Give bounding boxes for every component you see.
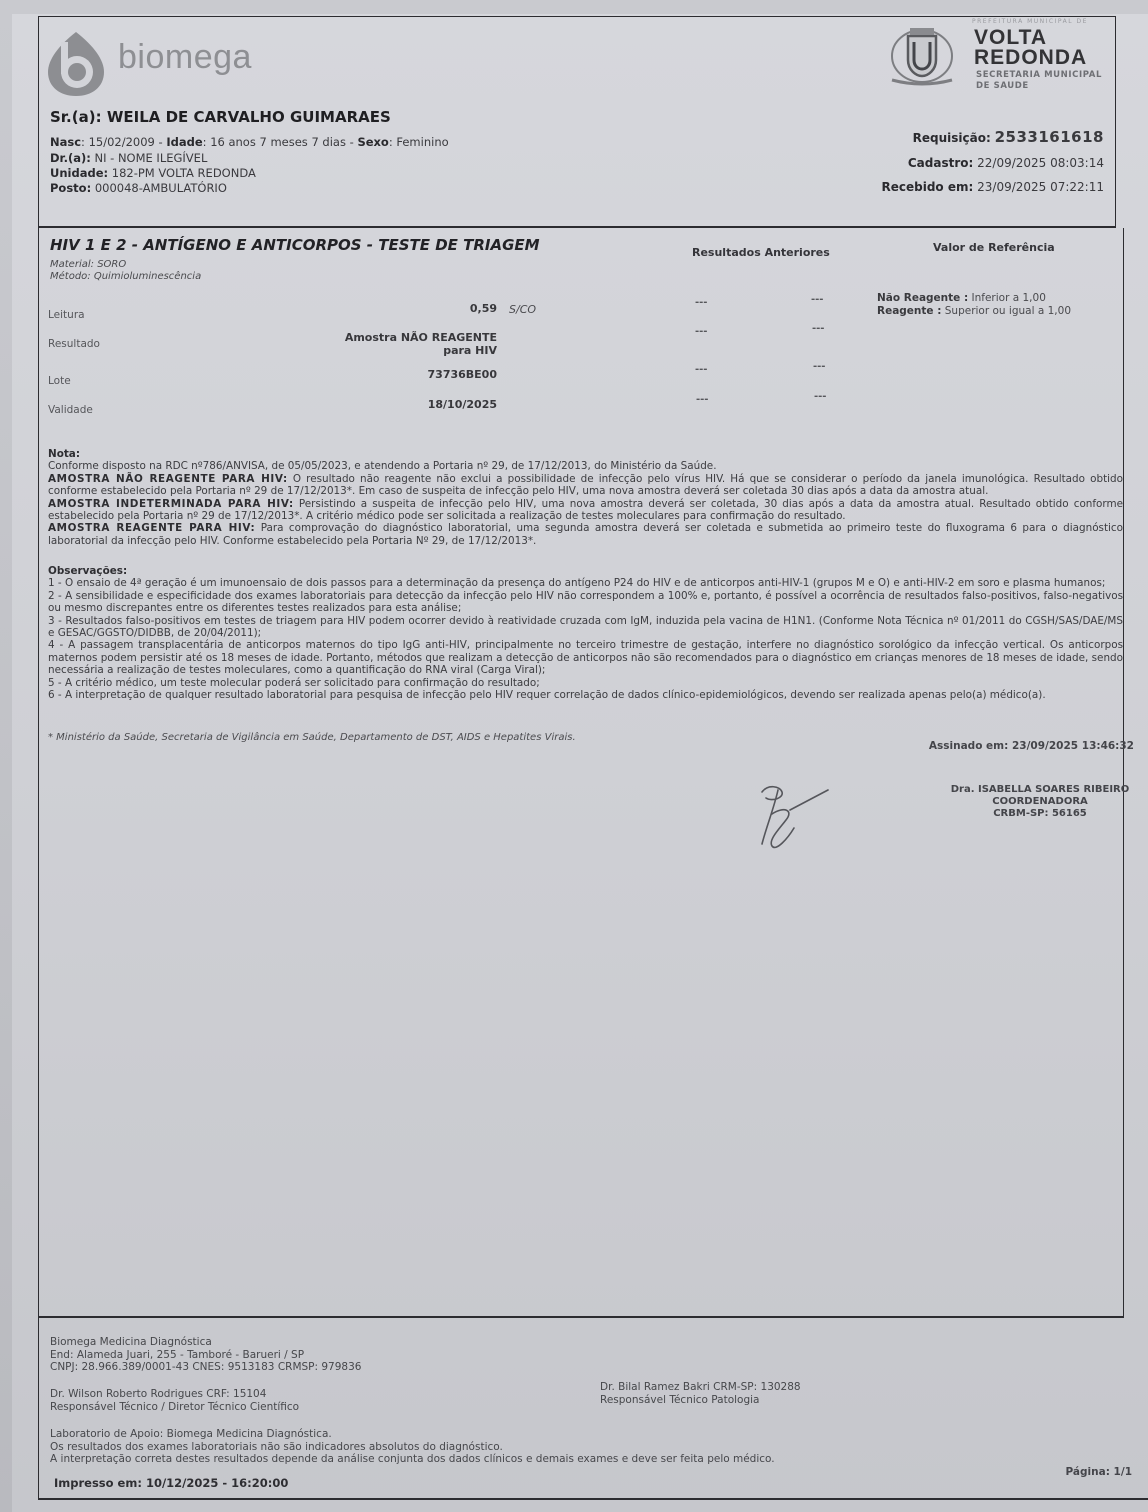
reading-value: 0,59 [470,302,497,315]
disclaimer-1: Os resultados dos exames laboratoriais n… [50,1441,775,1454]
received-label: Recebido em: [882,180,974,194]
signed-label: Assinado em: [929,740,1008,752]
result-value: Amostra NÃO REAGENTE para HIV [345,331,497,357]
observations-section: Observações: 1 - O ensaio de 4ª geração … [48,565,1123,701]
prev-result-2: --- [811,294,823,305]
biomega-logo-icon [44,28,108,98]
reference-label: Não Reagente : [877,292,968,304]
printed-at: Impresso em: 10/12/2025 - 16:20:00 [54,1476,288,1490]
support-lab: Laboratorio de Apoio: Biomega Medicina D… [50,1428,775,1441]
observations-heading: Observações: [48,565,1123,577]
registered-line: Cadastro: 22/09/2025 08:03:14 [908,156,1104,170]
signed-value: 23/09/2025 13:46:32 [1012,740,1134,752]
validity-value: 18/10/2025 [428,398,497,411]
requisition-label: Requisição: [913,131,991,145]
municipality-title-line2: REDONDA [974,48,1087,68]
observation-item: 2 - A sensibilidade e especificidade dos… [48,590,1123,615]
registered-value: 22/09/2025 08:03:14 [977,156,1104,170]
lab-ids: CNPJ: 28.966.389/0001-43 CNES: 9513183 C… [50,1361,361,1374]
post-line: Posto: 000048-AMBULATÓRIO [50,181,227,195]
age-value: 16 anos 7 meses 7 dias [210,135,346,149]
municipality-sub-line2: DE SAUDE [976,81,1102,92]
lab-address: End: Alameda Juari, 255 - Tamboré - Baru… [50,1349,361,1362]
biomega-logo-text: biomega [118,38,252,77]
patient-name-value: WEILA DE CARVALHO GUIMARAES [107,108,391,126]
reading-unit: S/CO [509,303,536,316]
signer-block: Dra. ISABELLA SOARES RIBEIRO COORDENADOR… [940,784,1140,820]
material-value: SORO [97,259,126,270]
requisition-number: 2533161618 [995,128,1104,146]
doctor-line: Dr.(a): NI - NOME ILEGÍVEL [50,151,207,165]
printed-label: Impresso em: [54,1476,142,1490]
lab-company: Biomega Medicina Diagnóstica [50,1336,361,1349]
note-item-label: AMOSTRA REAGENTE PARA HIV: [48,522,255,534]
reference-values: Não Reagente : Inferior a 1,00 Reagente … [877,292,1071,318]
received-value: 23/09/2025 07:22:11 [977,180,1104,194]
municipality-subtitle: SECRETARIA MUNICIPAL DE SAUDE [976,70,1102,92]
note-heading: Nota: [48,448,1123,460]
method-value: Quimioluminescência [94,271,201,282]
page-number: Página: 1/1 [1066,1466,1132,1478]
reference-text: Superior ou igual a 1,00 [945,305,1071,317]
observation-item: 4 - A passagem transplacentária de antic… [48,639,1123,676]
disclaimer-2: A interpretação correta destes resultado… [50,1453,775,1466]
signer-role: COORDENADORA [940,796,1140,808]
material-line: Material: SORO [50,259,126,270]
prev-result-2: --- [813,361,825,372]
patient-name: Sr.(a): WEILA DE CARVALHO GUIMARAES [50,108,391,126]
registered-label: Cadastro: [908,156,973,170]
unit-label: Unidade: [50,166,108,180]
signed-at: Assinado em: 23/09/2025 13:46:32 [929,740,1134,752]
observation-item: 6 - A interpretação de qualquer resultad… [48,689,1123,701]
tech2-role: Responsável Técnico Patologia [600,1394,801,1407]
municipality-prefix: PREFEITURA MUNICIPAL DE [972,18,1088,25]
unit-line: Unidade: 182-PM VOLTA REDONDA [50,166,256,180]
municipality-title-line1: VOLTA [974,28,1087,48]
doctor-value: NI - NOME ILEGÍVEL [94,151,207,165]
disclaimer-block: Laboratorio de Apoio: Biomega Medicina D… [50,1428,775,1466]
volta-redonda-crest-icon [884,22,960,88]
lab-info: Biomega Medicina Diagnóstica End: Alamed… [50,1336,361,1374]
reference-text: Inferior a 1,00 [972,292,1046,304]
municipality-title: VOLTA REDONDA [974,28,1087,68]
post-value: 000048-AMBULATÓRIO [95,181,227,195]
municipality-sub-line1: SECRETARIA MUNICIPAL [976,70,1102,81]
handwritten-signature-icon [754,780,834,850]
material-label: Material: [50,259,94,270]
prev-result-1: --- [695,326,707,337]
method-line: Método: Quimioluminescência [50,271,201,282]
age-label: Idade [166,135,202,149]
tech-responsible-1: Dr. Wilson Roberto Rodrigues CRF: 15104 … [50,1388,299,1413]
note-intro: Conforme disposto na RDC nº786/ANVISA, d… [48,460,1123,472]
reference-label: Reagente : [877,305,941,317]
sex-label: Sexo [357,135,388,149]
post-label: Posto: [50,181,91,195]
patient-birth-line: Nasc: 15/02/2009 - Idade: 16 anos 7 mese… [50,135,449,149]
note-item: AMOSTRA REAGENTE PARA HIV: Para comprova… [48,522,1123,547]
page-value: 1/1 [1114,1466,1132,1478]
prev-results-header: Resultados Anteriores [692,246,830,259]
result-value-line2: para HIV [345,344,497,357]
row-label-result: Resultado [48,338,100,350]
requisition-line: Requisição: 2533161618 [913,128,1104,146]
patient-name-label: Sr.(a): [50,108,102,126]
row-label-reading: Leitura [48,309,85,321]
received-line: Recebido em: 23/09/2025 07:22:11 [882,180,1105,194]
birth-value: 15/02/2009 [89,135,155,149]
note-item: AMOSTRA NÃO REAGENTE PARA HIV: O resulta… [48,473,1123,498]
method-label: Método: [50,271,91,282]
note-item-label: AMOSTRA INDETERMINADA PARA HIV: [48,498,294,510]
prev-result-2: --- [814,391,826,402]
note-item: AMOSTRA INDETERMINADA PARA HIV: Persisti… [48,498,1123,523]
row-label-validity: Validade [48,404,93,416]
reference-header: Valor de Referência [933,241,1055,254]
doctor-label: Dr.(a): [50,151,91,165]
unit-value: 182-PM VOLTA REDONDA [112,166,256,180]
reference-non-reactive: Não Reagente : Inferior a 1,00 [877,292,1071,305]
printed-value: 10/12/2025 - 16:20:00 [146,1476,288,1490]
prev-result-1: --- [696,394,708,405]
signer-registry: CRBM-SP: 56165 [940,808,1140,820]
tech1-role: Responsável Técnico / Diretor Técnico Ci… [50,1401,299,1414]
tech2-name: Dr. Bilal Ramez Bakri CRM-SP: 130288 [600,1381,801,1394]
row-label-lot: Lote [48,375,71,387]
note-section: Nota: Conforme disposto na RDC nº786/ANV… [48,448,1123,547]
result-value-line1: Amostra NÃO REAGENTE [345,331,497,344]
birth-label: Nasc [50,135,81,149]
prev-result-1: --- [695,297,707,308]
lot-value: 73736BE00 [428,368,497,381]
reference-reactive: Reagente : Superior ou igual a 1,00 [877,305,1071,318]
sex-value: Feminino [396,135,448,149]
signer-name: Dra. ISABELLA SOARES RIBEIRO [940,784,1140,796]
tech-responsible-2: Dr. Bilal Ramez Bakri CRM-SP: 130288 Res… [600,1381,801,1406]
page-label: Página: [1066,1466,1110,1478]
note-item-label: AMOSTRA NÃO REAGENTE PARA HIV: [48,473,288,485]
footnote: * Ministério da Saúde, Secretaria de Vig… [48,732,576,743]
observation-item: 3 - Resultados falso-positivos em testes… [48,615,1123,640]
observation-item: 5 - A critério médico, um teste molecula… [48,677,1123,689]
exam-title: HIV 1 E 2 - ANTÍGENO E ANTICORPOS - TEST… [50,236,540,254]
prev-result-2: --- [812,323,824,334]
observation-item: 1 - O ensaio de 4ª geração é um imunoens… [48,577,1123,589]
prev-result-1: --- [695,364,707,375]
result-box [38,228,1124,1318]
tech1-name: Dr. Wilson Roberto Rodrigues CRF: 15104 [50,1388,299,1401]
